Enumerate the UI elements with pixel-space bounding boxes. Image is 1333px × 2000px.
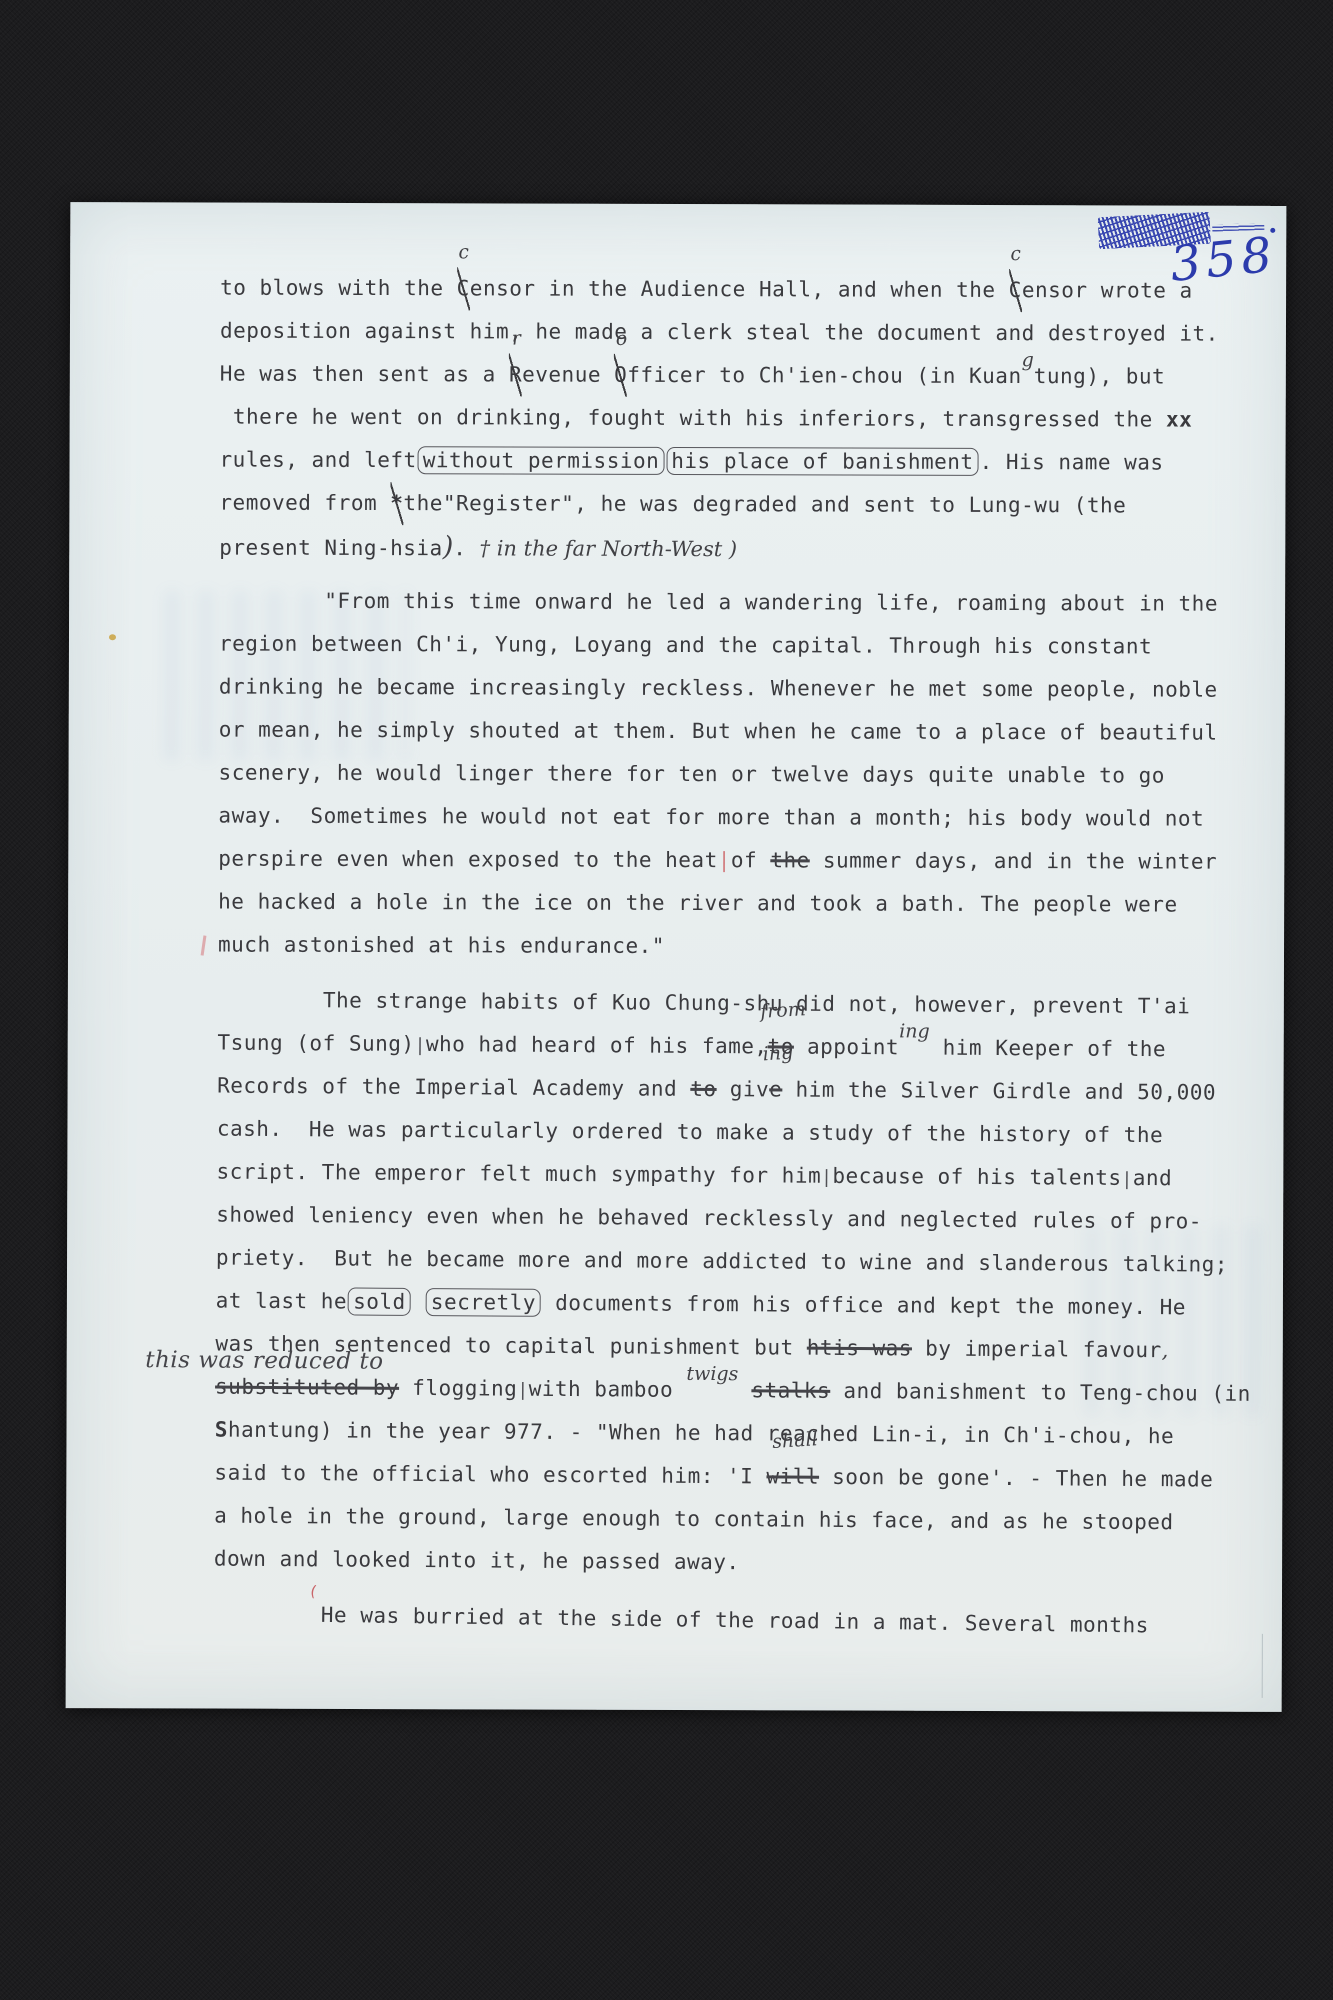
text-segment: he hacked a hole in the ice on the river… (218, 890, 1178, 917)
text-segment: * (390, 482, 403, 525)
handwritten-correction: c (458, 243, 470, 263)
text-segment: S (215, 1418, 228, 1442)
text-segment: Records of the Imperial Academy and (217, 1074, 690, 1101)
text-segment: at last he (216, 1289, 348, 1314)
text-line: removed from *the"Register", he was degr… (219, 482, 1229, 528)
text-segment: a hole in the ground, large enough to co… (214, 1504, 1174, 1535)
text-segment: region between Ch'i, Yung, Loyang and th… (219, 632, 1152, 659)
text-line: away. Sometimes he would not eat for mor… (218, 795, 1228, 841)
text-segment: Cc (457, 267, 470, 310)
text-segment: . His name was (980, 450, 1164, 475)
handwritten-correction: o (615, 329, 628, 349)
text-segment: said to the official who escorted him: '… (214, 1461, 766, 1489)
text-segment: | (517, 1380, 528, 1401)
text-segment: g (1022, 349, 1034, 371)
text-segment: appoint (794, 1035, 899, 1060)
text-segment: summer days, and in the winter (810, 848, 1218, 873)
text-segment: to (690, 1077, 716, 1101)
text-line: rules, and leftwithout permissionhis pla… (219, 439, 1229, 485)
paper-crease (1262, 1634, 1273, 1698)
text-segment: willshall (766, 1455, 819, 1498)
handwritten-correction: ing (762, 1044, 794, 1065)
text-segment: this was reduced to (145, 1339, 384, 1384)
text-line: Records of the Imperial Academy and to g… (217, 1065, 1227, 1115)
paragraph: He was burried at the side of the road i… (215, 1593, 1225, 1649)
text-segment: Rr (509, 353, 522, 396)
text-segment: sold (348, 1287, 411, 1315)
text-segment: htis was (807, 1336, 912, 1361)
text-segment: showed leniency even when he behaved rec… (216, 1203, 1202, 1234)
text-segment: and banishment to Teng-chou (in (830, 1379, 1251, 1406)
text-line: script. The emperor felt much sympathy f… (216, 1151, 1226, 1201)
text-segment: giv (717, 1077, 770, 1101)
text-line: showed leniency even when he behaved rec… (216, 1194, 1226, 1244)
text-segment: † in the far North-West ) (480, 536, 738, 561)
text-line: scenery, he would linger there for ten o… (219, 752, 1229, 798)
text-segment (412, 1290, 425, 1314)
text-line: much astonished at his endurance." (218, 924, 1228, 970)
text-segment: removed from (219, 491, 390, 516)
text-line: Shantung) in the year 977. - "When he ha… (215, 1409, 1225, 1459)
paragraph: The strange habits of Kuo Chung-shu did … (214, 979, 1228, 1588)
text-line: there he went on drinking, fought with h… (220, 396, 1230, 442)
text-segment: | (718, 848, 731, 872)
text-segment: without permission (418, 446, 665, 475)
text-segment: The strange habits of Kuo Chung-shu did … (218, 988, 1191, 1019)
text-segment: him Keeper of the (929, 1036, 1166, 1062)
text-segment: because of his talents (832, 1164, 1121, 1190)
text-segment: by imperial favour (912, 1336, 1162, 1362)
text-segment: to blows with the (220, 276, 457, 301)
text-line: perspire even when exposed to the heat|o… (218, 838, 1228, 884)
text-segment: scenery, he would linger there for ten o… (219, 761, 1165, 788)
text-segment (738, 1378, 751, 1402)
text-segment: . (453, 536, 479, 560)
text-segment: perspire even when exposed to the heat (218, 847, 718, 873)
text-line: Tsung (of Sung)|who had heard of his fam… (217, 1022, 1227, 1072)
text-line: down and looked into it, he passed away.… (214, 1538, 1224, 1588)
text-segment: who had heard of his fame, (426, 1032, 768, 1058)
text-segment: or mean, he simply shouted at them. But … (219, 718, 1218, 745)
text-line: to blows with the Ccensor in the Audienc… (220, 267, 1230, 313)
text-segment: Tsung (of Sung) (217, 1031, 414, 1056)
text-segment: Cc (1009, 269, 1022, 312)
text-segment: | (1121, 1169, 1132, 1190)
text-segment: Oo (614, 354, 627, 397)
text-segment: eing (769, 1068, 782, 1111)
text-line: this was reduced tosubstituted by floggi… (215, 1366, 1225, 1416)
text-segment: priety. But he became more and more addi… (216, 1246, 1228, 1277)
text-line: The strange habits of Kuo Chung-shu did … (218, 979, 1228, 1029)
text-line: he hacked a hole in the ice on the river… (218, 881, 1228, 927)
text-segment: , (1162, 1338, 1169, 1362)
text-segment: deposition against him, he made a clerk … (220, 319, 1219, 346)
paper-stain (109, 634, 116, 640)
text-segment: down and looked into it, he passed away. (214, 1547, 740, 1575)
text-segment: the"Register", he was degraded and sent … (403, 491, 1126, 517)
paper-sheet: 358 to blows with the Ccensor in the Aud… (66, 202, 1287, 1712)
text-line: "From this time onward he led a wanderin… (219, 580, 1229, 626)
text-segment: him the Silver Girdle and 50,000 (782, 1078, 1216, 1105)
text-segment: flogging (399, 1376, 517, 1401)
text-line: a hole in the ground, large enough to co… (214, 1495, 1224, 1545)
text-segment: much astonished at his endurance." (218, 933, 665, 958)
red-margin-tick (201, 935, 207, 955)
text-segment: there he went on drinking, fought with h… (220, 405, 1166, 432)
text-segment: and (1133, 1166, 1173, 1190)
paragraph: "From this time onward he led a wanderin… (218, 580, 1229, 970)
text-segment: soon be gone'. - Then he made (819, 1465, 1213, 1492)
text-segment: He was then sent as a (220, 362, 509, 387)
text-segment: secretly (426, 1288, 541, 1317)
text-line: drinking he became increasingly reckless… (219, 666, 1229, 712)
text-segment: with bamboo (529, 1377, 687, 1402)
text-segment: documents from his office and kept the m… (542, 1291, 1186, 1319)
text-segment: away. Sometimes he would not eat for mor… (218, 804, 1204, 831)
text-segment: his place of banishment (666, 447, 978, 476)
text-segment: rules, and left (220, 448, 417, 473)
text-line: said to the official who escorted him: '… (214, 1452, 1224, 1502)
text-segment: xx (1166, 408, 1192, 432)
photo-background: { "document": { "page_number": "358", "p… (0, 0, 1333, 2000)
text-line: deposition against him, he made a clerk … (220, 310, 1230, 356)
text-line: He was then sent as a Rrevenue Oofficer … (220, 353, 1230, 399)
text-segment: hantung) in the year 977. - "When he had… (228, 1418, 1174, 1449)
text-line: region between Ch'i, Yung, Loyang and th… (219, 623, 1229, 669)
text-segment: He was burried at the side of the road i… (216, 1602, 1149, 1638)
text-segment: twigs (686, 1363, 738, 1385)
handwritten-correction: from (760, 1000, 807, 1022)
text-segment: ) (443, 531, 454, 562)
text-segment: cash. He was particularly ordered to mak… (217, 1117, 1163, 1148)
text-line: He was burried at the side of the road i… (215, 1593, 1225, 1649)
text-line: cash. He was particularly ordered to mak… (217, 1108, 1227, 1158)
text-line: at last hesold secretly documents from h… (216, 1280, 1226, 1330)
text-segment: evenue (522, 363, 614, 387)
text-segment: of (731, 848, 771, 872)
text-line: priety. But he became more and more addi… (216, 1237, 1226, 1287)
text-segment: "From this time onward he led a wanderin… (219, 589, 1218, 616)
text-segment: | (821, 1167, 832, 1188)
text-segment: ing (899, 1020, 930, 1042)
text-segment: fficer to Ch'ien-chou (in Kuan (627, 363, 1021, 388)
text-segment: ensor in the Audience Hall, and when the (470, 276, 1009, 302)
text-line: present Ning-hsia). † in the far North-W… (219, 525, 1229, 571)
paragraph: to blows with the Ccensor in the Audienc… (219, 267, 1230, 571)
text-block: to blows with the Ccensor in the Audienc… (216, 267, 1230, 1639)
text-line: or mean, he simply shouted at them. But … (219, 709, 1229, 755)
text-segment: tung), but (1034, 364, 1166, 388)
text-segment: script. The emperor felt much sympathy f… (216, 1160, 821, 1188)
handwritten-correction: c (1010, 245, 1022, 265)
handwritten-correction: r (511, 329, 521, 349)
handwritten-correction: shall (772, 1430, 819, 1452)
text-segment: present Ning-hsia (219, 536, 443, 561)
text-segment: ensor wrote a (1022, 278, 1193, 303)
text-segment: drinking he became increasingly reckless… (219, 675, 1218, 702)
text-segment: | (415, 1035, 426, 1056)
text-segment: the (770, 848, 810, 872)
text-segment: stalks (751, 1378, 830, 1403)
